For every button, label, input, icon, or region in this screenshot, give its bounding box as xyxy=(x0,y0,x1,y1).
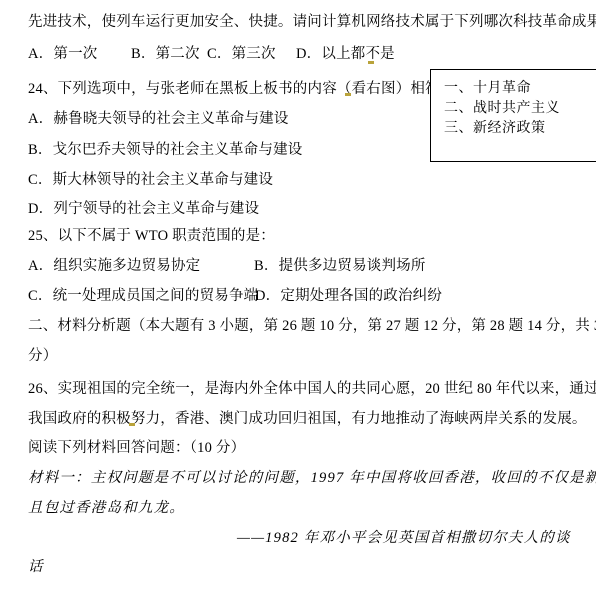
question-26-stem-line-1: 26、实现祖国的完全统一，是海内外全体中国人的共同心愿，20 世纪 80 年代以… xyxy=(28,379,596,399)
question-26-instruction: 阅读下列材料回答问题：（10 分） xyxy=(28,438,245,458)
question-24-option-a: A．赫鲁晓夫领导的社会主义革命与建设 xyxy=(28,109,289,129)
question-25-option-b: B．提供多边贸易谈判场所 xyxy=(254,256,426,276)
question-25-option-d: D．定期处理各国的政治纠纷 xyxy=(255,286,442,306)
question-23-option-c: C．第三次 xyxy=(207,44,276,64)
question-24-option-c: C．斯大林领导的社会主义革命与建设 xyxy=(28,170,273,190)
blackboard-box-item-2: 二、战时共产主义 xyxy=(444,99,596,119)
material-1-line-1: 材料一：主权问题是不可以讨论的问题，1997 年中国将收回香港，收回的不仅是新界… xyxy=(28,468,596,488)
material-1-source-line-2: 话 xyxy=(28,557,44,577)
question-23-options-row: A．第一次 B．第二次 C．第三次 D．以上都不是 xyxy=(28,44,588,64)
question-24-stem: 24、下列选项中，与张老师在黑板上板书的内容（看右图）相符的 xyxy=(28,79,455,99)
question-23-stem-continued: 先进技术，使列车运行更加安全、快捷。请问计算机网络技术属于下列哪次科技革命成果 xyxy=(28,12,596,32)
question-25-stem: 25、以下不属于 WTO 职责范围的是： xyxy=(28,226,275,246)
question-23-option-d: D．以上都不是 xyxy=(296,44,395,64)
question-26-stem-line-2: 我国政府的积极努力，香港、澳门成功回归祖国，有力地推动了海峡两岸关系的发展。 xyxy=(28,409,587,429)
blackboard-box-item-1: 一、十月革命 xyxy=(444,79,596,99)
material-1-line-2: 且包过香港岛和九龙。 xyxy=(28,498,185,518)
blackboard-box-item-3: 三、新经济政策 xyxy=(444,119,596,139)
question-25-option-c: C．统一处理成员国之间的贸易争端 xyxy=(28,286,258,306)
question-24-option-b: B．戈尔巴乔夫领导的社会主义革命与建设 xyxy=(28,140,302,160)
question-25-options-row-2: C．统一处理成员国之间的贸易争端 D．定期处理各国的政治纠纷 xyxy=(28,286,588,306)
question-23-option-b: B．第二次 xyxy=(131,44,200,64)
blackboard-box: 一、十月革命 二、战时共产主义 三、新经济政策 xyxy=(430,69,596,162)
section-2-heading-line-1: 二、材料分析题（本大题有 3 小题，第 26 题 10 分，第 27 题 12 … xyxy=(28,316,596,336)
question-25-option-a: A．组织实施多边贸易协定 xyxy=(28,256,200,276)
section-2-heading-line-2: 分） xyxy=(28,346,57,366)
material-1-source-line-1: ——1982 年邓小平会见英国首相撒切尔夫人的谈 xyxy=(237,528,571,548)
question-25-options-row-1: A．组织实施多边贸易协定 B．提供多边贸易谈判场所 xyxy=(28,256,588,276)
spellcheck-mark xyxy=(368,61,374,64)
question-23-option-a: A．第一次 xyxy=(28,44,97,64)
exam-document-page: 先进技术，使列车运行更加安全、快捷。请问计算机网络技术属于下列哪次科技革命成果 … xyxy=(0,0,596,596)
spellcheck-mark xyxy=(129,423,135,426)
spellcheck-mark xyxy=(345,93,351,96)
question-24-option-d: D．列宁领导的社会主义革命与建设 xyxy=(28,199,259,219)
